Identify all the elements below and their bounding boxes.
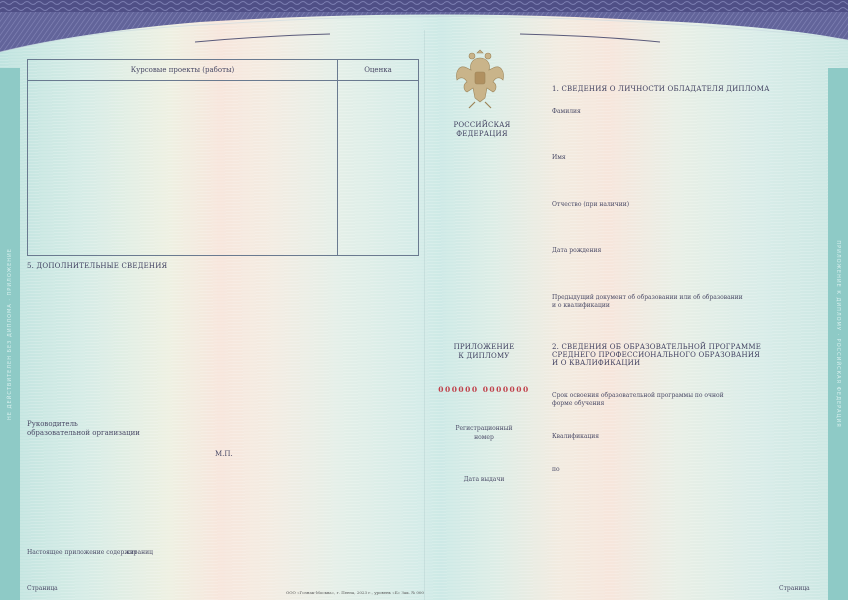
- section-5-title: 5. ДОПОЛНИТЕЛЬНЫЕ СВЕДЕНИЯ: [27, 262, 167, 271]
- table-header-row: Курсовые проекты (работы) Оценка: [28, 60, 419, 81]
- stamp-label: М.П.: [215, 450, 233, 459]
- printer-imprint: ООО «Гознак-Москва», г. Пенза, 2023 г., …: [286, 588, 424, 597]
- left-microtext: НЕ ДЕЙСТВИТЕЛЕН БЕЗ ДИПЛОМА · ПРИЛОЖЕНИЕ: [7, 248, 13, 420]
- course-projects-cell[interactable]: [28, 81, 338, 256]
- head-label-line2: образовательной организации: [27, 429, 140, 438]
- field-birth-date-label: Дата рождения: [552, 246, 601, 255]
- field-by-label: по: [552, 465, 560, 474]
- table-body-row: [28, 81, 419, 256]
- issue-date-label: Дата выдачи: [444, 475, 524, 484]
- country-line2: ФЕДЕРАЦИЯ: [452, 130, 512, 139]
- head-label-line1: Руководитель: [27, 420, 78, 429]
- section-1-title: 1. СВЕДЕНИЯ О ЛИЧНОСТИ ОБЛАДАТЕЛЯ ДИПЛОМ…: [552, 85, 770, 94]
- course-projects-table: Курсовые проекты (работы) Оценка: [27, 59, 419, 256]
- field-prev-doc-line2: и о квалификации: [552, 301, 610, 310]
- serial-number: 000000 0000000: [434, 385, 534, 394]
- right-microtext: ПРИЛОЖЕНИЕ К ДИПЛОМУ · РОССИЙСКАЯ ФЕДЕРА…: [835, 240, 841, 427]
- col-header-grade: Оценка: [338, 60, 419, 81]
- field-surname-label: Фамилия: [552, 107, 581, 116]
- section-2-title-line3: И О КВАЛИФИКАЦИИ: [552, 359, 640, 368]
- country-line1: РОССИЙСКАЯ: [452, 121, 512, 130]
- field-name-label: Имя: [552, 153, 566, 162]
- col-header-course-projects: Курсовые проекты (работы): [28, 60, 338, 81]
- pages-count-suffix: страниц: [127, 548, 153, 557]
- page-fold: [424, 30, 425, 600]
- field-qualification-label: Квалификация: [552, 432, 599, 441]
- reg-number-line1: Регистрационный: [444, 424, 524, 433]
- right-security-strip: ПРИЛОЖЕНИЕ К ДИПЛОМУ · РОССИЙСКАЯ ФЕДЕРА…: [828, 68, 848, 600]
- field-patronymic-label: Отчество (при наличии): [552, 200, 629, 209]
- appendix-title-line1: ПРИЛОЖЕНИЕ: [444, 343, 524, 352]
- right-page-label: Страница: [779, 584, 810, 593]
- pages-count-prefix: Настоящее приложение содержит: [27, 548, 137, 557]
- left-security-strip: НЕ ДЕЙСТВИТЕЛЕН БЕЗ ДИПЛОМА · ПРИЛОЖЕНИЕ: [0, 68, 20, 600]
- reg-number-line2: номер: [444, 433, 524, 442]
- field-term-line2: форме обучения: [552, 399, 604, 408]
- left-page-label: Страница: [27, 584, 58, 593]
- grade-cell[interactable]: [338, 81, 419, 256]
- russian-coat-of-arms-icon: [453, 46, 507, 112]
- appendix-title-line2: К ДИПЛОМУ: [444, 352, 524, 361]
